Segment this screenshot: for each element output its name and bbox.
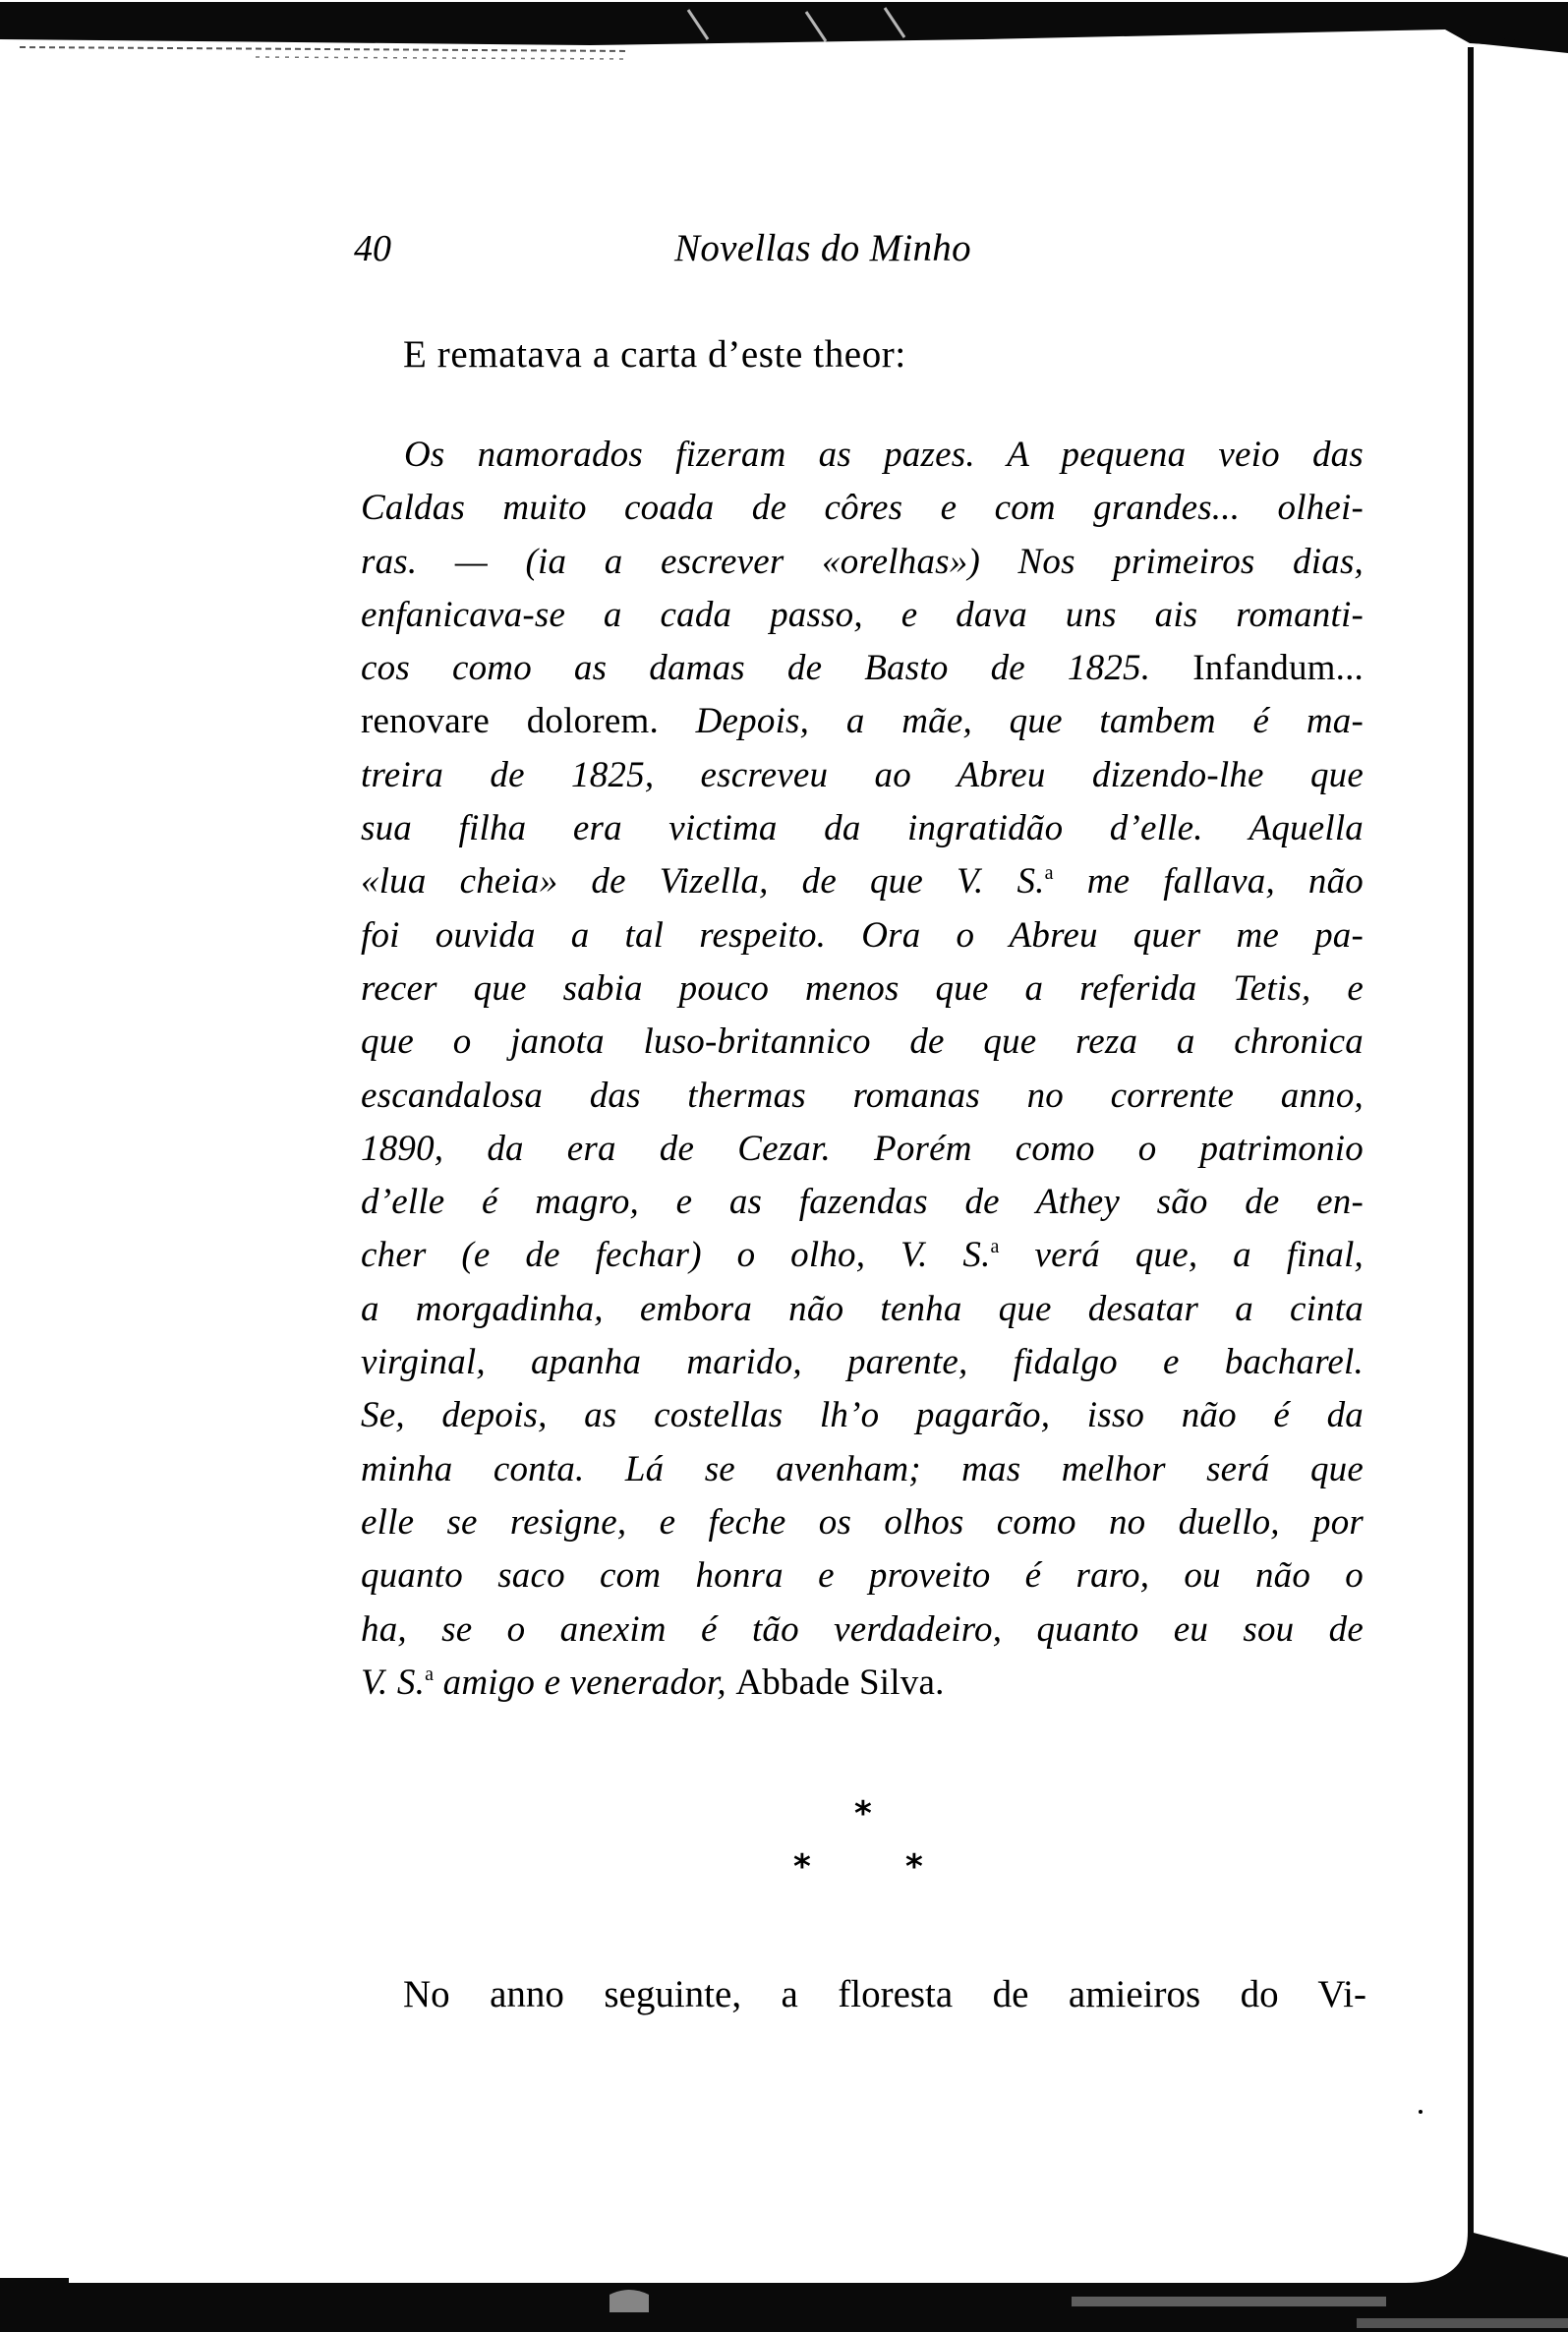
text-line: Os namorados fizeram as pazes. A pequena… bbox=[361, 429, 1364, 482]
signature: Abbade Silva. bbox=[735, 1662, 944, 1703]
text-line: a morgadinha, embora não tenha que desat… bbox=[361, 1283, 1364, 1336]
text-line: enfanicava-se a cada passo, e dava uns a… bbox=[361, 589, 1364, 642]
text-fragment: V. S. bbox=[361, 1662, 425, 1703]
text-fragment: Depois, a mãe, que tambem é ma- bbox=[696, 701, 1364, 741]
running-title: Novellas do Minho bbox=[674, 224, 971, 273]
ordinal-indicator: a bbox=[991, 1236, 1000, 1257]
scan-bottom-border bbox=[0, 2224, 1568, 2332]
text-line: V. S.a amigo e venerador, Abbade Silva. bbox=[361, 1657, 1364, 1710]
paragraph-start: No anno seguinte, a floresta de amieiros… bbox=[403, 1968, 1366, 2021]
latin-phrase: Infandum... bbox=[1192, 648, 1364, 688]
text-line: d’elle é magro, e as fazendas de Athey s… bbox=[361, 1176, 1364, 1229]
text-line: renovare dolorem. Depois, a mãe, que tam… bbox=[361, 695, 1364, 748]
text-line: minha conta. Lá se avenham; mas melhor s… bbox=[361, 1443, 1364, 1496]
text-line: virginal, apanha marido, parente, fidalg… bbox=[361, 1336, 1364, 1389]
asterisk-icon: * bbox=[793, 1850, 811, 1884]
letter-quote: Os namorados fizeram as pazes. A pequena… bbox=[361, 429, 1364, 1710]
scan-top-border bbox=[0, 0, 1568, 63]
text-fragment: cher (e de fechar) o olho, V. S. bbox=[361, 1235, 991, 1275]
text-line: Se, depois, as costellas lh’o pagarão, i… bbox=[361, 1389, 1364, 1442]
latin-phrase: renovare dolorem. bbox=[361, 701, 696, 741]
text-line: «lua cheia» de Vizella, de que V. S.a me… bbox=[361, 855, 1364, 908]
lead-sentence: E rematava a carta d’este theor: bbox=[403, 328, 906, 381]
text-line: sua filha era victima da ingratidão d’el… bbox=[361, 802, 1364, 855]
text-fragment: me fallava, não bbox=[1054, 861, 1364, 902]
text-line: foi ouvida a tal respeito. Ora o Abreu q… bbox=[361, 909, 1364, 962]
ordinal-indicator: a bbox=[425, 1663, 434, 1685]
text-line: que o janota luso-britannico de que reza… bbox=[361, 1016, 1364, 1069]
scan-speck bbox=[1419, 2110, 1423, 2114]
text-line: ras. — (ia a escrever «orelhas») Nos pri… bbox=[361, 536, 1364, 589]
asterisk-icon: * bbox=[905, 1850, 923, 1884]
text-line: cos como as damas de Basto de 1825. Infa… bbox=[361, 642, 1364, 695]
page-edge-line bbox=[1468, 47, 1474, 2240]
text-line: recer que sabia pouco menos que a referi… bbox=[361, 962, 1364, 1016]
asterisk-icon: * bbox=[854, 1797, 872, 1831]
text-fragment: cos como as damas de Basto de 1825. bbox=[361, 648, 1192, 688]
text-fragment: verá que, a final, bbox=[1000, 1235, 1364, 1275]
text-fragment: amigo e venerador, bbox=[434, 1662, 735, 1703]
text-line: quanto saco com honra e proveito é raro,… bbox=[361, 1549, 1364, 1603]
text-line: escandalosa das thermas romanas no corre… bbox=[361, 1070, 1364, 1123]
text-line: ha, se o anexim é tão verdadeiro, quanto… bbox=[361, 1603, 1364, 1657]
ordinal-indicator: a bbox=[1045, 862, 1054, 884]
text-line: 1890, da era de Cezar. Porém como o patr… bbox=[361, 1123, 1364, 1176]
text-line: treira de 1825, escreveu ao Abreu dizend… bbox=[361, 749, 1364, 802]
page-number: 40 bbox=[354, 224, 391, 273]
running-head: 40 Novellas do Minho bbox=[0, 224, 1568, 273]
text-line: elle se resigne, e feche os olhos como n… bbox=[361, 1496, 1364, 1549]
text-fragment: «lua cheia» de Vizella, de que V. S. bbox=[361, 861, 1045, 902]
text-line: Caldas muito coada de côres e com grande… bbox=[361, 482, 1364, 535]
text-line: cher (e de fechar) o olho, V. S.a verá q… bbox=[361, 1229, 1364, 1282]
